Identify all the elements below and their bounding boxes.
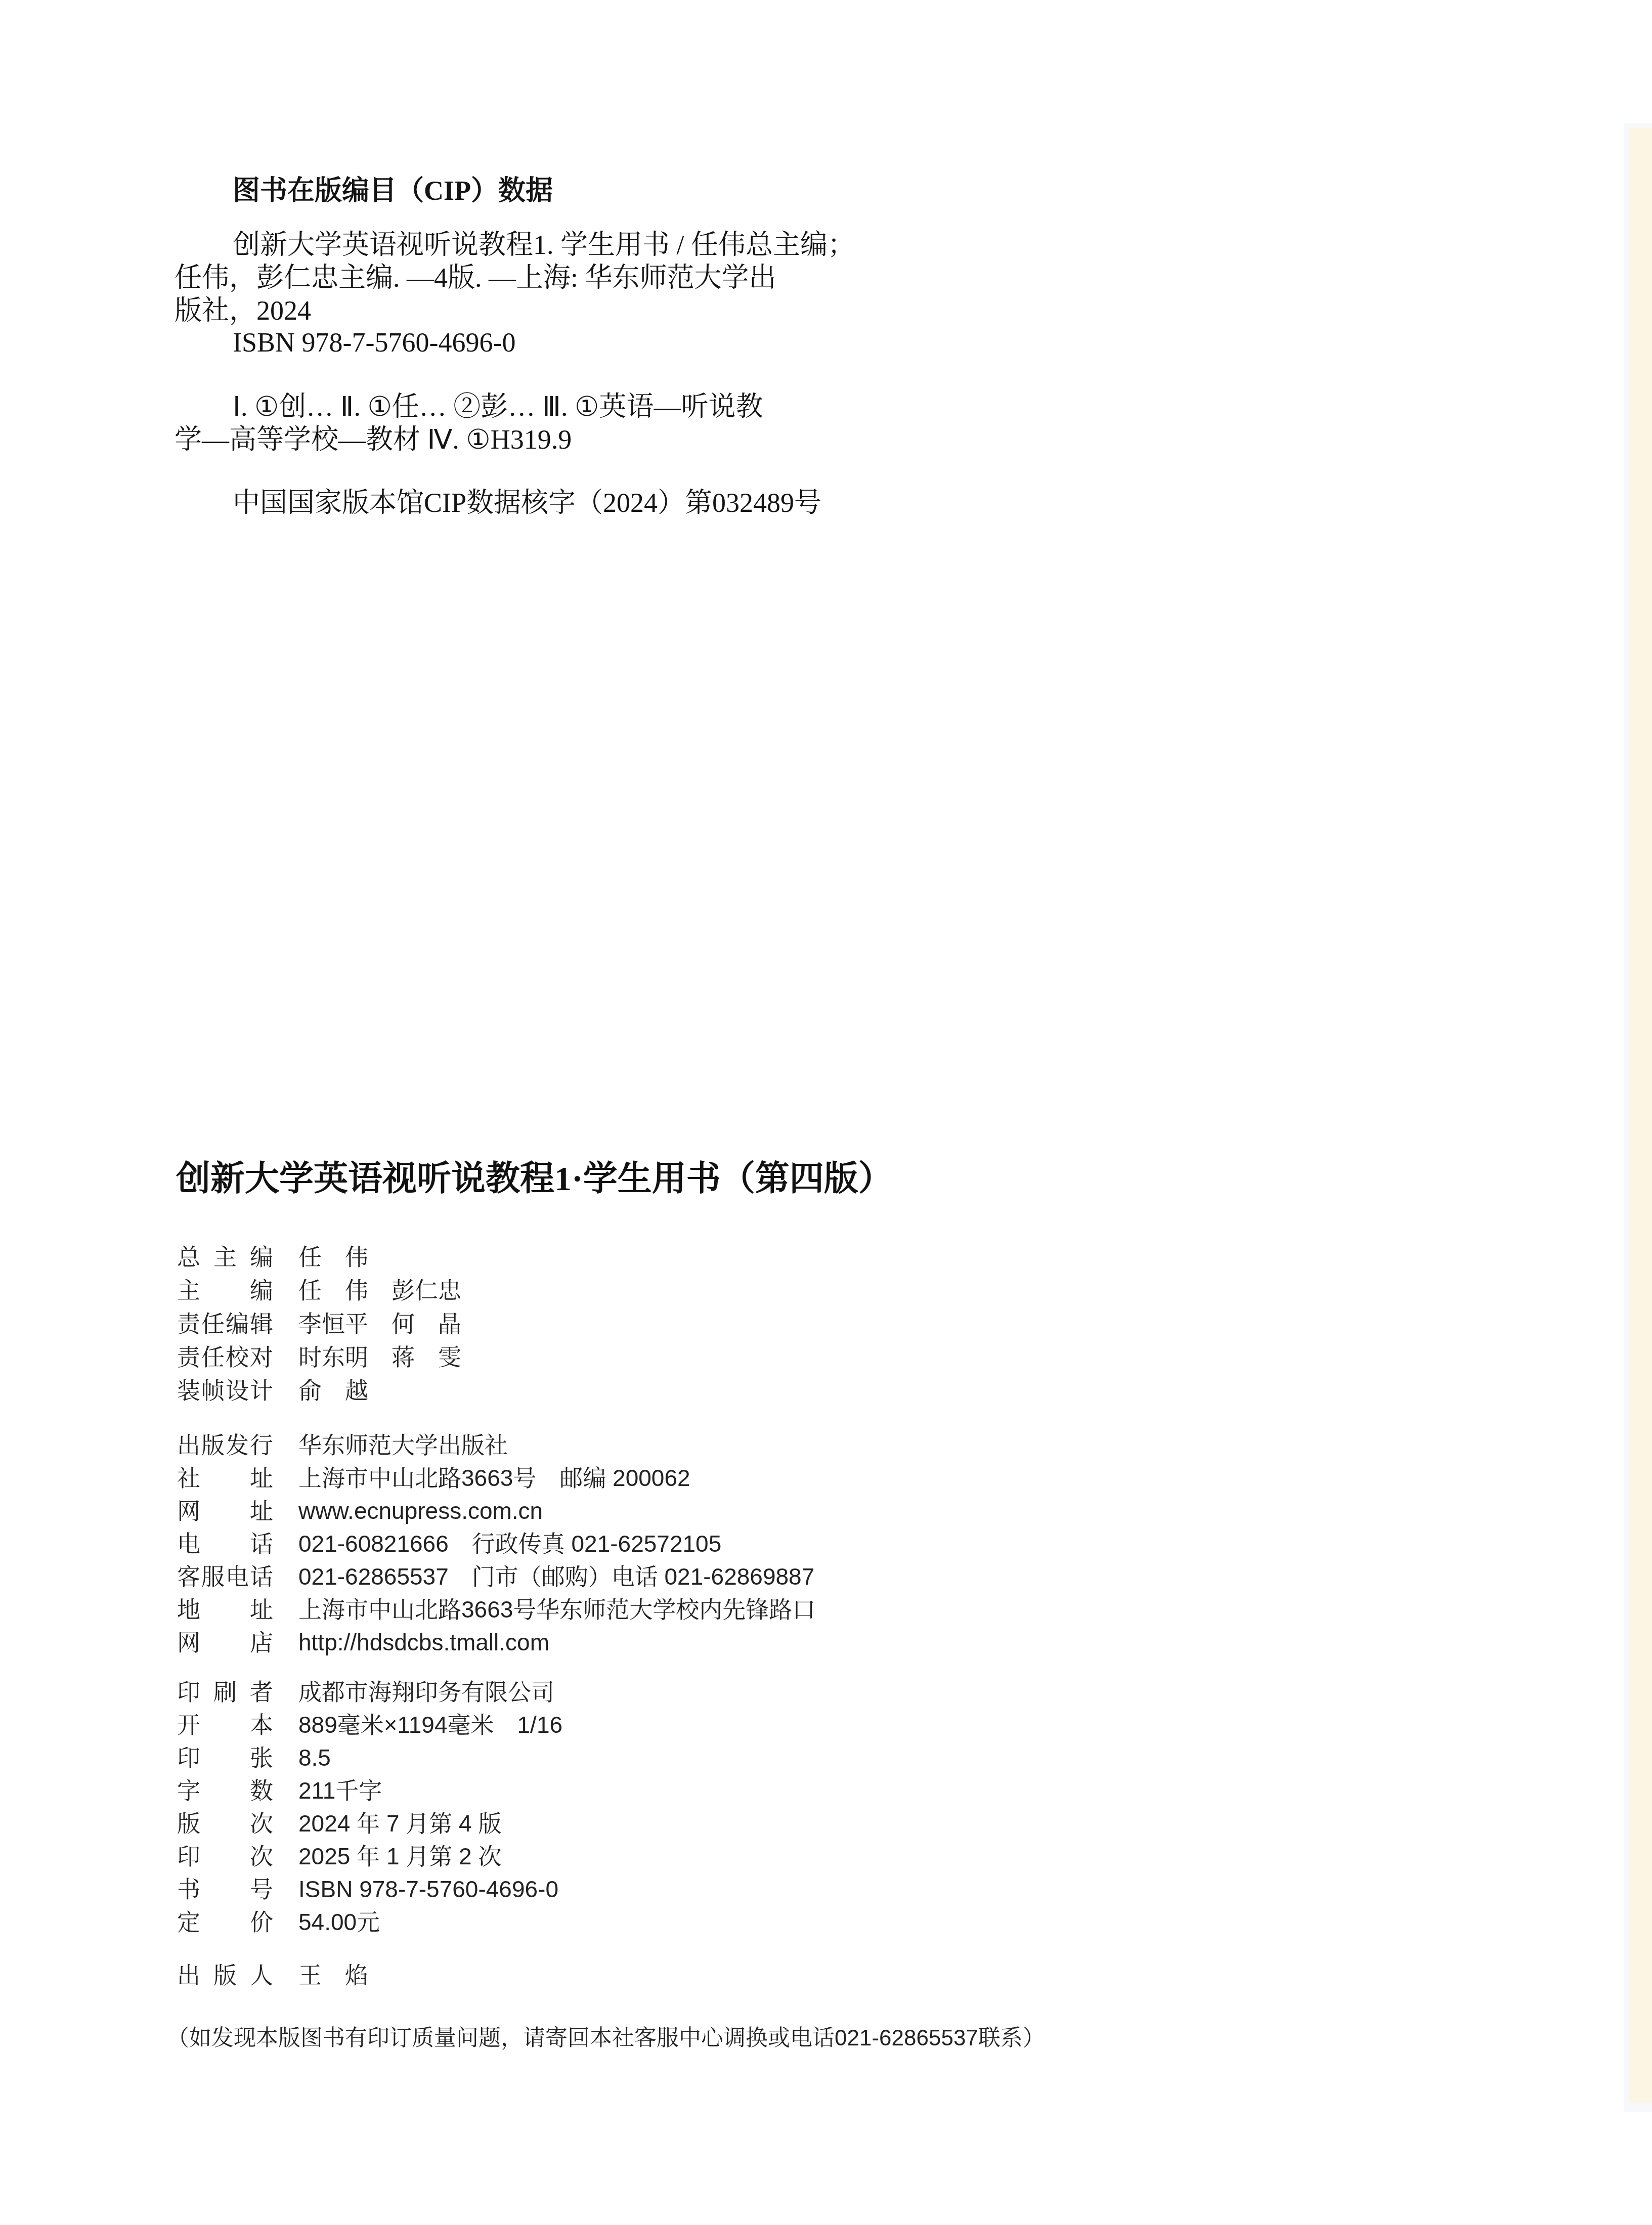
credit-row: 总主编任 伟	[177, 1240, 461, 1274]
publisher-person-row: 出版人王 焰	[177, 1958, 368, 1992]
publisher-label: 网店	[177, 1626, 273, 1659]
publisher-label: 网址	[177, 1494, 273, 1528]
credit-row: 装帧设计俞 越	[177, 1374, 461, 1407]
printing-row: 印刷者成都市海翔印务有限公司	[177, 1675, 562, 1708]
printing-row: 印次2025 年 1 月第 2 次	[177, 1840, 562, 1872]
cip-description-line-2: 任伟，彭仁忠主编. —4版. —上海: 华东师范大学出	[175, 261, 776, 294]
printing-label: 印张	[177, 1741, 273, 1774]
copyright-page: 图书在版编目（CIP）数据 创新大学英语视听说教程1. 学生用书 / 任伟总主编…	[0, 0, 1652, 2225]
printing-label: 字数	[177, 1774, 273, 1807]
publisher-address: 上海市中山北路3663号华东师范大学校内先锋路口	[298, 1596, 815, 1623]
printing-row: 印张8.5	[177, 1741, 562, 1774]
printing-value: 889毫米×1194毫米 1/16	[298, 1712, 562, 1738]
printing-label: 书号	[177, 1872, 273, 1906]
printing-label: 印刷者	[177, 1675, 273, 1709]
credit-label: 责任编辑	[177, 1307, 273, 1340]
credit-row: 责任编辑李恒平 何 晶	[177, 1307, 461, 1340]
publisher-label: 社址	[177, 1461, 273, 1495]
credit-row: 主编任 伟 彭仁忠	[177, 1274, 461, 1307]
credit-value: 任 伟 彭仁忠	[298, 1277, 461, 1303]
printing-label: 版次	[177, 1807, 273, 1840]
credit-value: 任 伟	[298, 1244, 368, 1270]
publisher-label: 电话	[177, 1527, 273, 1560]
printing-value: 8.5	[298, 1744, 331, 1771]
credit-label: 装帧设计	[177, 1374, 273, 1407]
cip-description-line-1: 创新大学英语视听说教程1. 学生用书 / 任伟总主编；	[233, 229, 855, 261]
publisher-label: 地址	[177, 1593, 273, 1626]
book-title: 创新大学英语视听说教程1·学生用书（第四版）	[176, 1159, 893, 1198]
publisher-row: 地址上海市中山北路3663号华东师范大学校内先锋路口	[177, 1593, 815, 1626]
publisher-person-section: 出版人王 焰	[177, 1958, 368, 1992]
printing-row: 版次2024 年 7 月第 4 版	[177, 1807, 562, 1840]
quality-notice: （如发现本版图书有印订质量问题，请寄回本社客服中心调换或电话021-628655…	[167, 2024, 1045, 2053]
printing-value: 211千字	[298, 1777, 382, 1804]
printing-row: 书号ISBN 978-7-5760-4696-0	[177, 1872, 562, 1905]
service-phone: 021-62865537 门市（邮购）电话 021-62869887	[298, 1563, 814, 1590]
publisher-row: 电话021-60821666 行政传真 021-62572105	[177, 1527, 815, 1560]
publisher-person-label: 出版人	[177, 1958, 273, 1992]
publisher-website: www.ecnupress.com.cn	[298, 1498, 543, 1524]
credit-row: 责任校对时东明 蒋 雯	[177, 1340, 461, 1374]
credit-value: 俞 越	[298, 1377, 368, 1404]
publisher-row: 社址上海市中山北路3663号 邮编 200062	[177, 1461, 815, 1494]
credit-label: 主编	[177, 1274, 273, 1307]
printing-row: 字数211千字	[177, 1774, 562, 1807]
cip-description-line-3: 版社，2024	[175, 294, 311, 327]
publisher-row: 出版发行华东师范大学出版社	[177, 1428, 815, 1461]
publisher-value: 华东师范大学出版社	[298, 1432, 508, 1458]
publisher-row: 网店http://hdsdcbs.tmall.com	[177, 1626, 815, 1659]
credit-value: 李恒平 何 晶	[298, 1311, 461, 1337]
cip-classification-line-2: 学—高等学校—教材 Ⅳ. ①H319.9	[175, 423, 572, 456]
credits-section: 总主编任 伟 主编任 伟 彭仁忠 责任编辑李恒平 何 晶 责任校对时东明 蒋 雯…	[177, 1240, 461, 1407]
printing-row: 开本889毫米×1194毫米 1/16	[177, 1708, 562, 1741]
credit-value: 时东明 蒋 雯	[298, 1344, 461, 1370]
publisher-phone: 021-60821666 行政传真 021-62572105	[298, 1531, 721, 1557]
credit-label: 责任校对	[177, 1340, 273, 1374]
publisher-row: 客服电话021-62865537 门市（邮购）电话 021-62869887	[177, 1560, 815, 1593]
book-isbn: ISBN 978-7-5760-4696-0	[298, 1876, 558, 1902]
publisher-row: 网址www.ecnupress.com.cn	[177, 1494, 815, 1527]
publisher-label: 出版发行	[177, 1428, 273, 1462]
publisher-label: 客服电话	[177, 1560, 273, 1593]
printing-label: 开本	[177, 1708, 273, 1741]
cip-classification-line-1: Ⅰ. ①创… Ⅱ. ①任… ②彭… Ⅲ. ①英语—听说教	[233, 390, 763, 423]
cip-registry-number: 中国国家版本馆CIP数据核字（2024）第032489号	[233, 487, 821, 519]
publisher-section: 出版发行华东师范大学出版社 社址上海市中山北路3663号 邮编 200062 网…	[177, 1428, 815, 1659]
printing-label: 印次	[177, 1840, 273, 1873]
credit-label: 总主编	[177, 1240, 273, 1274]
publisher-value: 上海市中山北路3663号 邮编 200062	[298, 1465, 690, 1491]
printing-section: 印刷者成都市海翔印务有限公司 开本889毫米×1194毫米 1/16 印张8.5…	[177, 1675, 562, 1938]
printing-value: 成都市海翔印务有限公司	[298, 1679, 554, 1705]
printing-label: 定价	[177, 1905, 273, 1939]
adjacent-page-edge	[1629, 128, 1652, 2103]
cip-isbn-line: ISBN 978-7-5760-4696-0	[233, 326, 515, 359]
printing-value: 2024 年 7 月第 4 版	[298, 1810, 501, 1837]
book-price: 54.00元	[298, 1909, 380, 1935]
printing-row: 定价54.00元	[177, 1905, 562, 1938]
online-store-url: http://hdsdcbs.tmall.com	[298, 1629, 549, 1655]
cip-header: 图书在版编目（CIP）数据	[233, 174, 553, 207]
publisher-person-name: 王 焰	[298, 1962, 368, 1988]
printing-value: 2025 年 1 月第 2 次	[298, 1843, 501, 1869]
